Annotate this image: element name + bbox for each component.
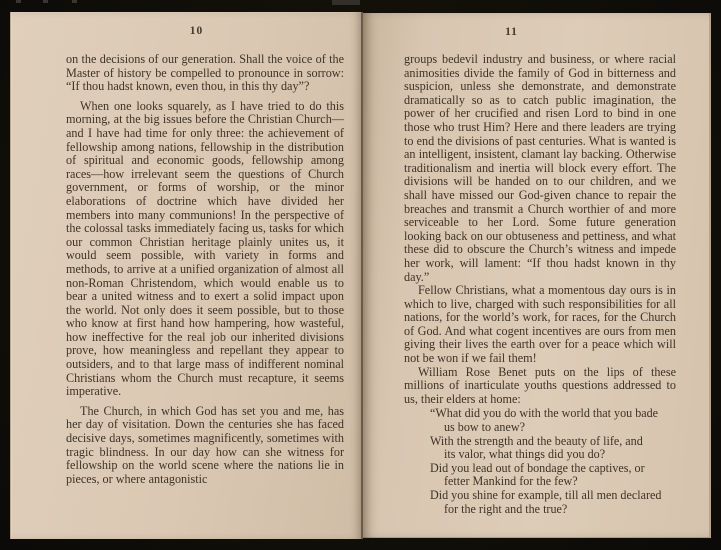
verse-line: its valor, what things did you do? [430,448,676,462]
verse-line: fetter Mankind for the few? [430,475,676,489]
book-scan: 10 on the decisions of our generation. S… [0,0,721,550]
film-artifact [72,0,77,3]
verse-line: Did you shine for example, till all men … [430,489,676,503]
verse-quote: “What did you do with the world that you… [404,407,676,516]
left-page-number: 10 [11,25,362,37]
left-page: 10 on the decisions of our generation. S… [10,12,362,539]
paragraph-continuation: on the decisions of our generation. Shal… [66,53,344,94]
film-artifact [16,0,21,3]
verse-line: for the right and the true? [430,503,676,517]
verse-line: us bow to anew? [430,421,676,435]
paragraph: The Church, in which God has set you and… [66,405,344,487]
right-page: 11 groups bedevil industry and business,… [363,13,711,538]
verse-line: With the strength and the beauty of life… [430,435,676,449]
paragraph-continuation: groups bedevil industry and business, or… [404,53,676,284]
paragraph: When one looks squarely, as I have tried… [66,100,344,399]
right-page-number: 11 [363,26,710,38]
film-artifact [332,0,360,5]
verse-line: “What did you do with the world that you… [430,407,676,421]
paragraph: William Rose Benet puts on the lips of t… [404,366,676,407]
paragraph: Fellow Christians, what a momentous day … [404,284,676,366]
right-page-text-column: groups bedevil industry and business, or… [404,53,676,516]
left-page-text-column: on the decisions of our generation. Shal… [66,53,344,486]
verse-line: Did you lead out of bondage the captives… [430,462,676,476]
film-artifact [43,0,48,3]
